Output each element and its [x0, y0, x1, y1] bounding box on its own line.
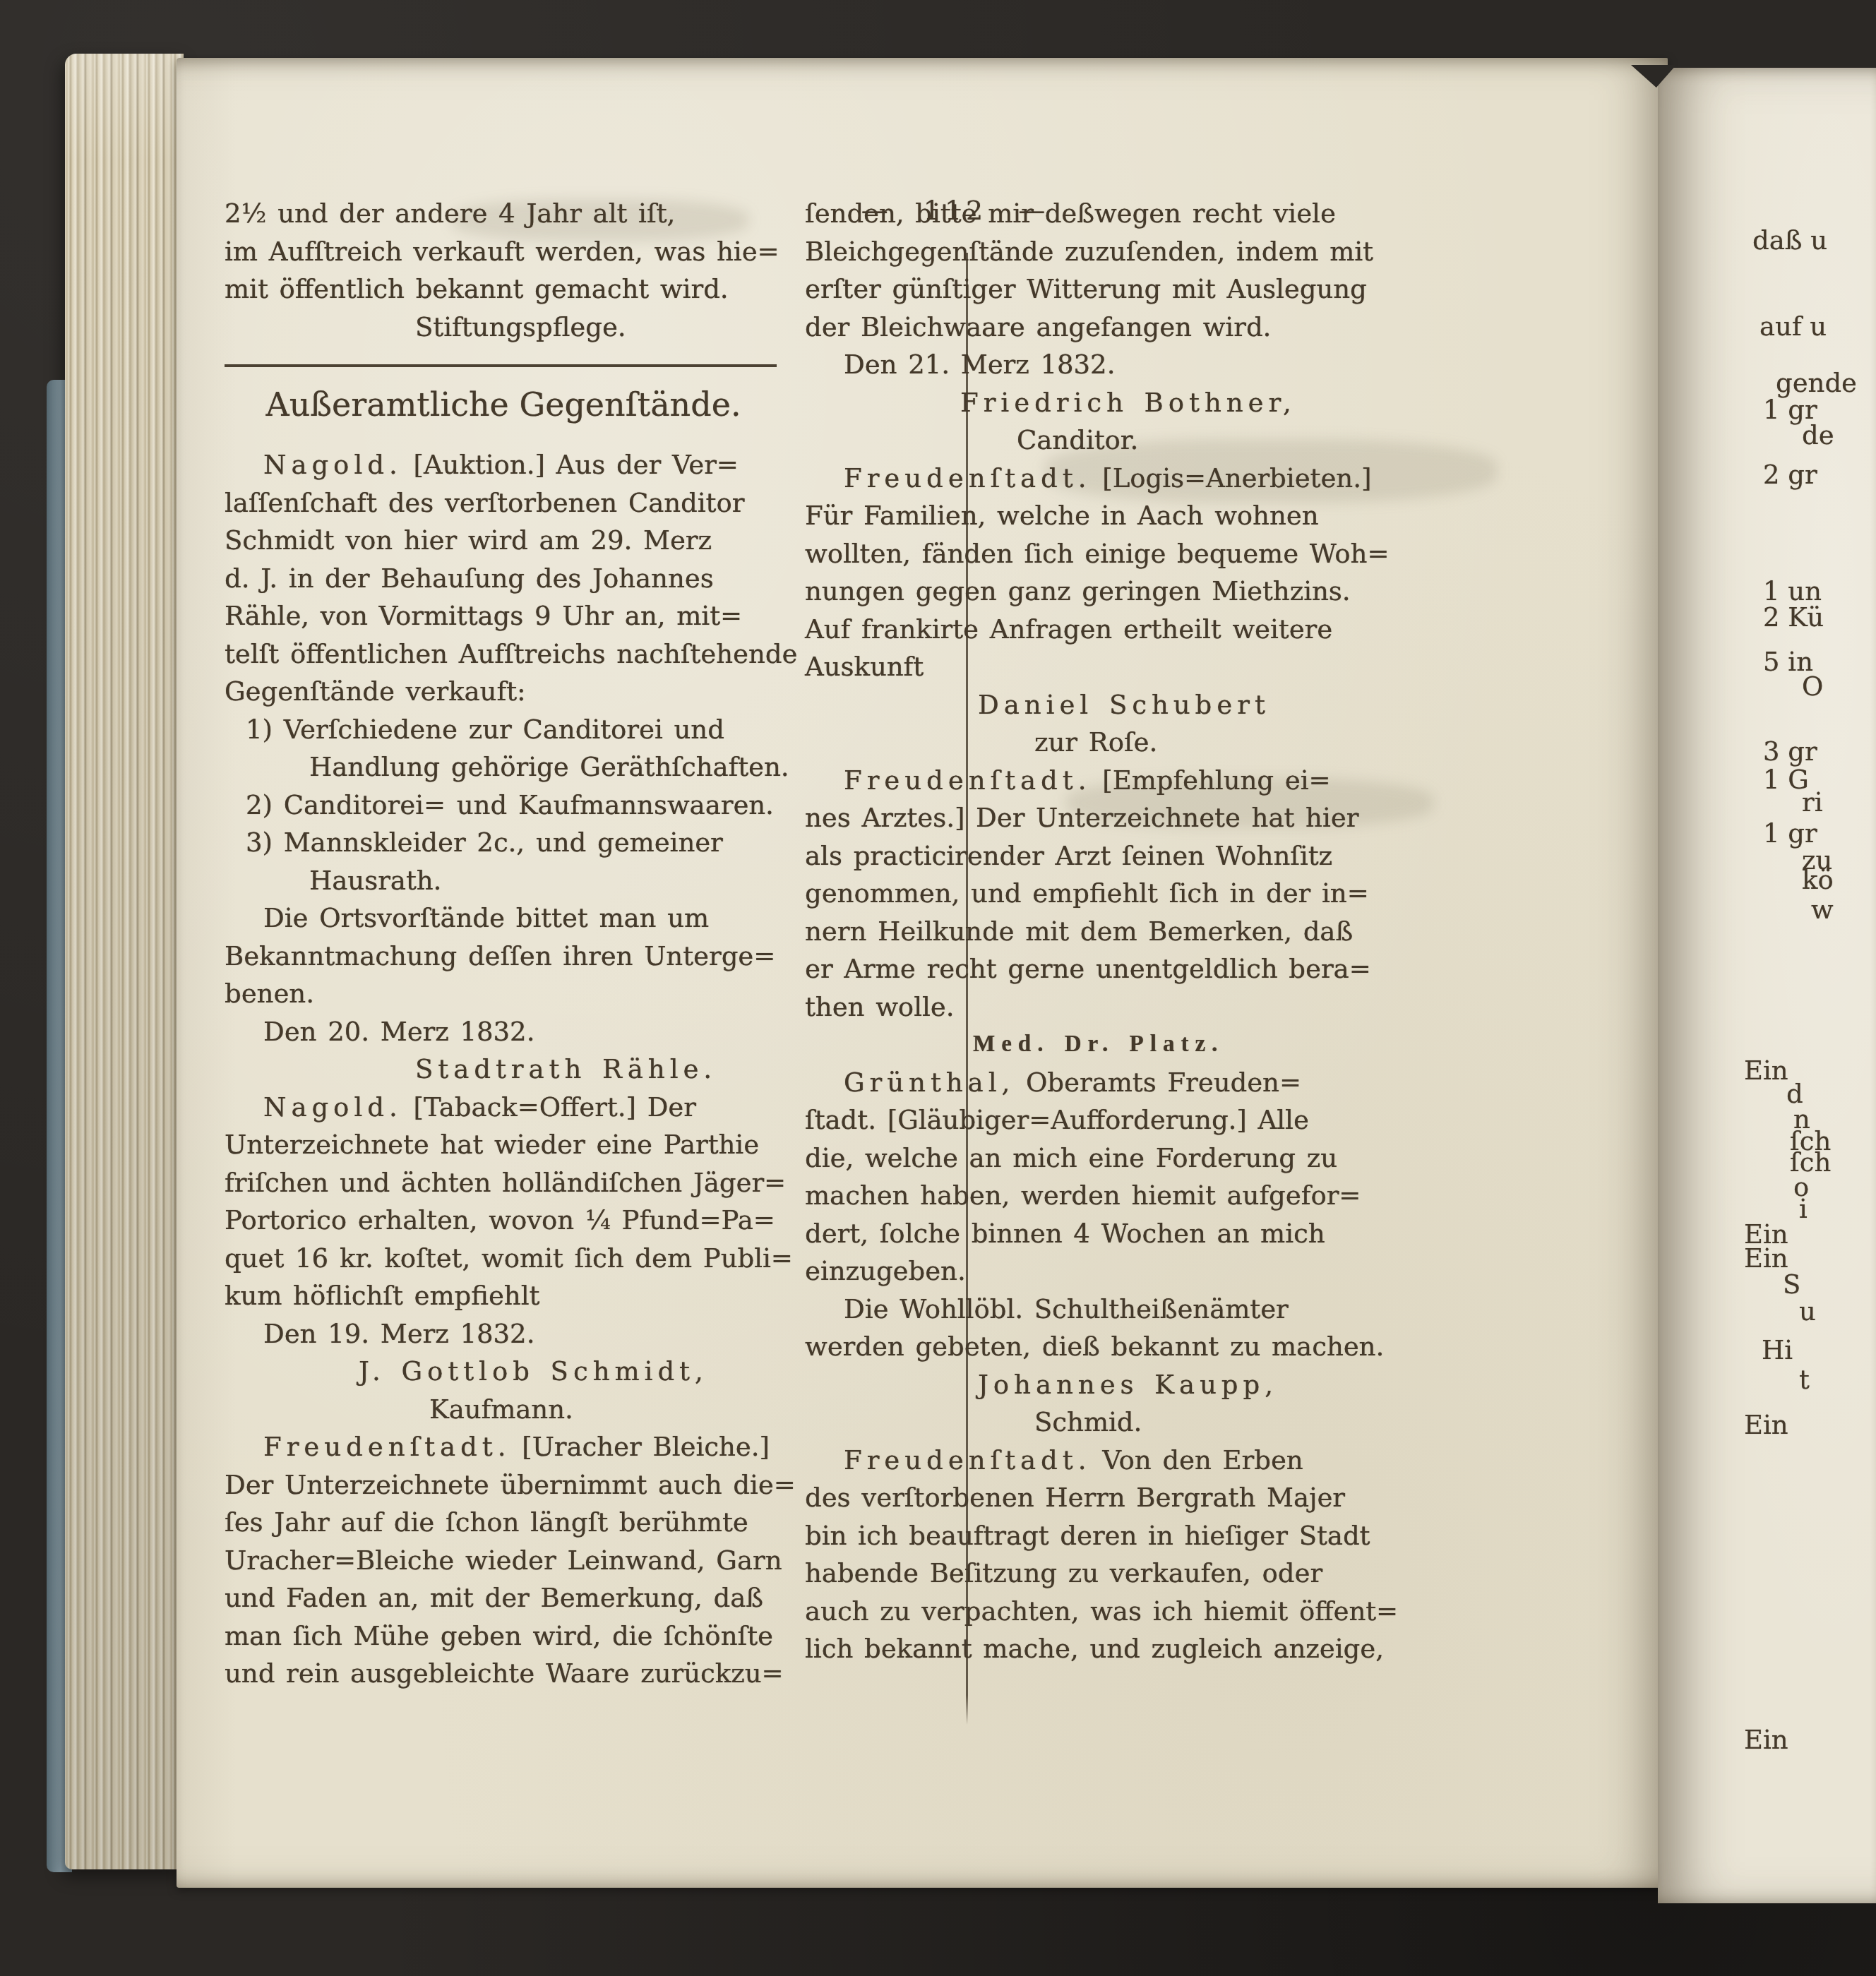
- next-page-text-fragment: S: [1783, 1269, 1800, 1301]
- next-page-text-fragment: de: [1802, 419, 1834, 452]
- next-page-text-fragment: 2 Kü: [1763, 601, 1824, 634]
- next-page-text-fragment: u: [1799, 1295, 1816, 1328]
- book-photograph: — 112 — 2½ und der andere 4 Jahr alt iſt…: [0, 0, 1876, 1976]
- next-page-text-fragment: Ein: [1744, 1243, 1788, 1275]
- next-page-text-fragment: 2 gr: [1763, 459, 1817, 491]
- next-page-text-fragment: Ein: [1744, 1724, 1788, 1756]
- next-page-text-fragment: Ein: [1744, 1409, 1788, 1442]
- next-page-text-fragment: daß u: [1752, 224, 1827, 257]
- next-page-fragments: daß uauf ugende1 grde2 gr1 un2 Kü5 inO3 …: [0, 0, 1876, 1976]
- next-page-text-fragment: auf u: [1760, 311, 1827, 343]
- next-page-text-fragment: kö: [1802, 864, 1834, 897]
- next-page-text-fragment: ri: [1802, 786, 1823, 819]
- next-page-text-fragment: t: [1799, 1364, 1810, 1396]
- next-page-text-fragment: Ein: [1744, 1055, 1788, 1087]
- next-page-text-fragment: Hi: [1762, 1334, 1793, 1367]
- next-page-text-fragment: w: [1811, 894, 1834, 926]
- next-page-text-fragment: i: [1799, 1193, 1808, 1226]
- next-page-text-fragment: O: [1802, 671, 1823, 703]
